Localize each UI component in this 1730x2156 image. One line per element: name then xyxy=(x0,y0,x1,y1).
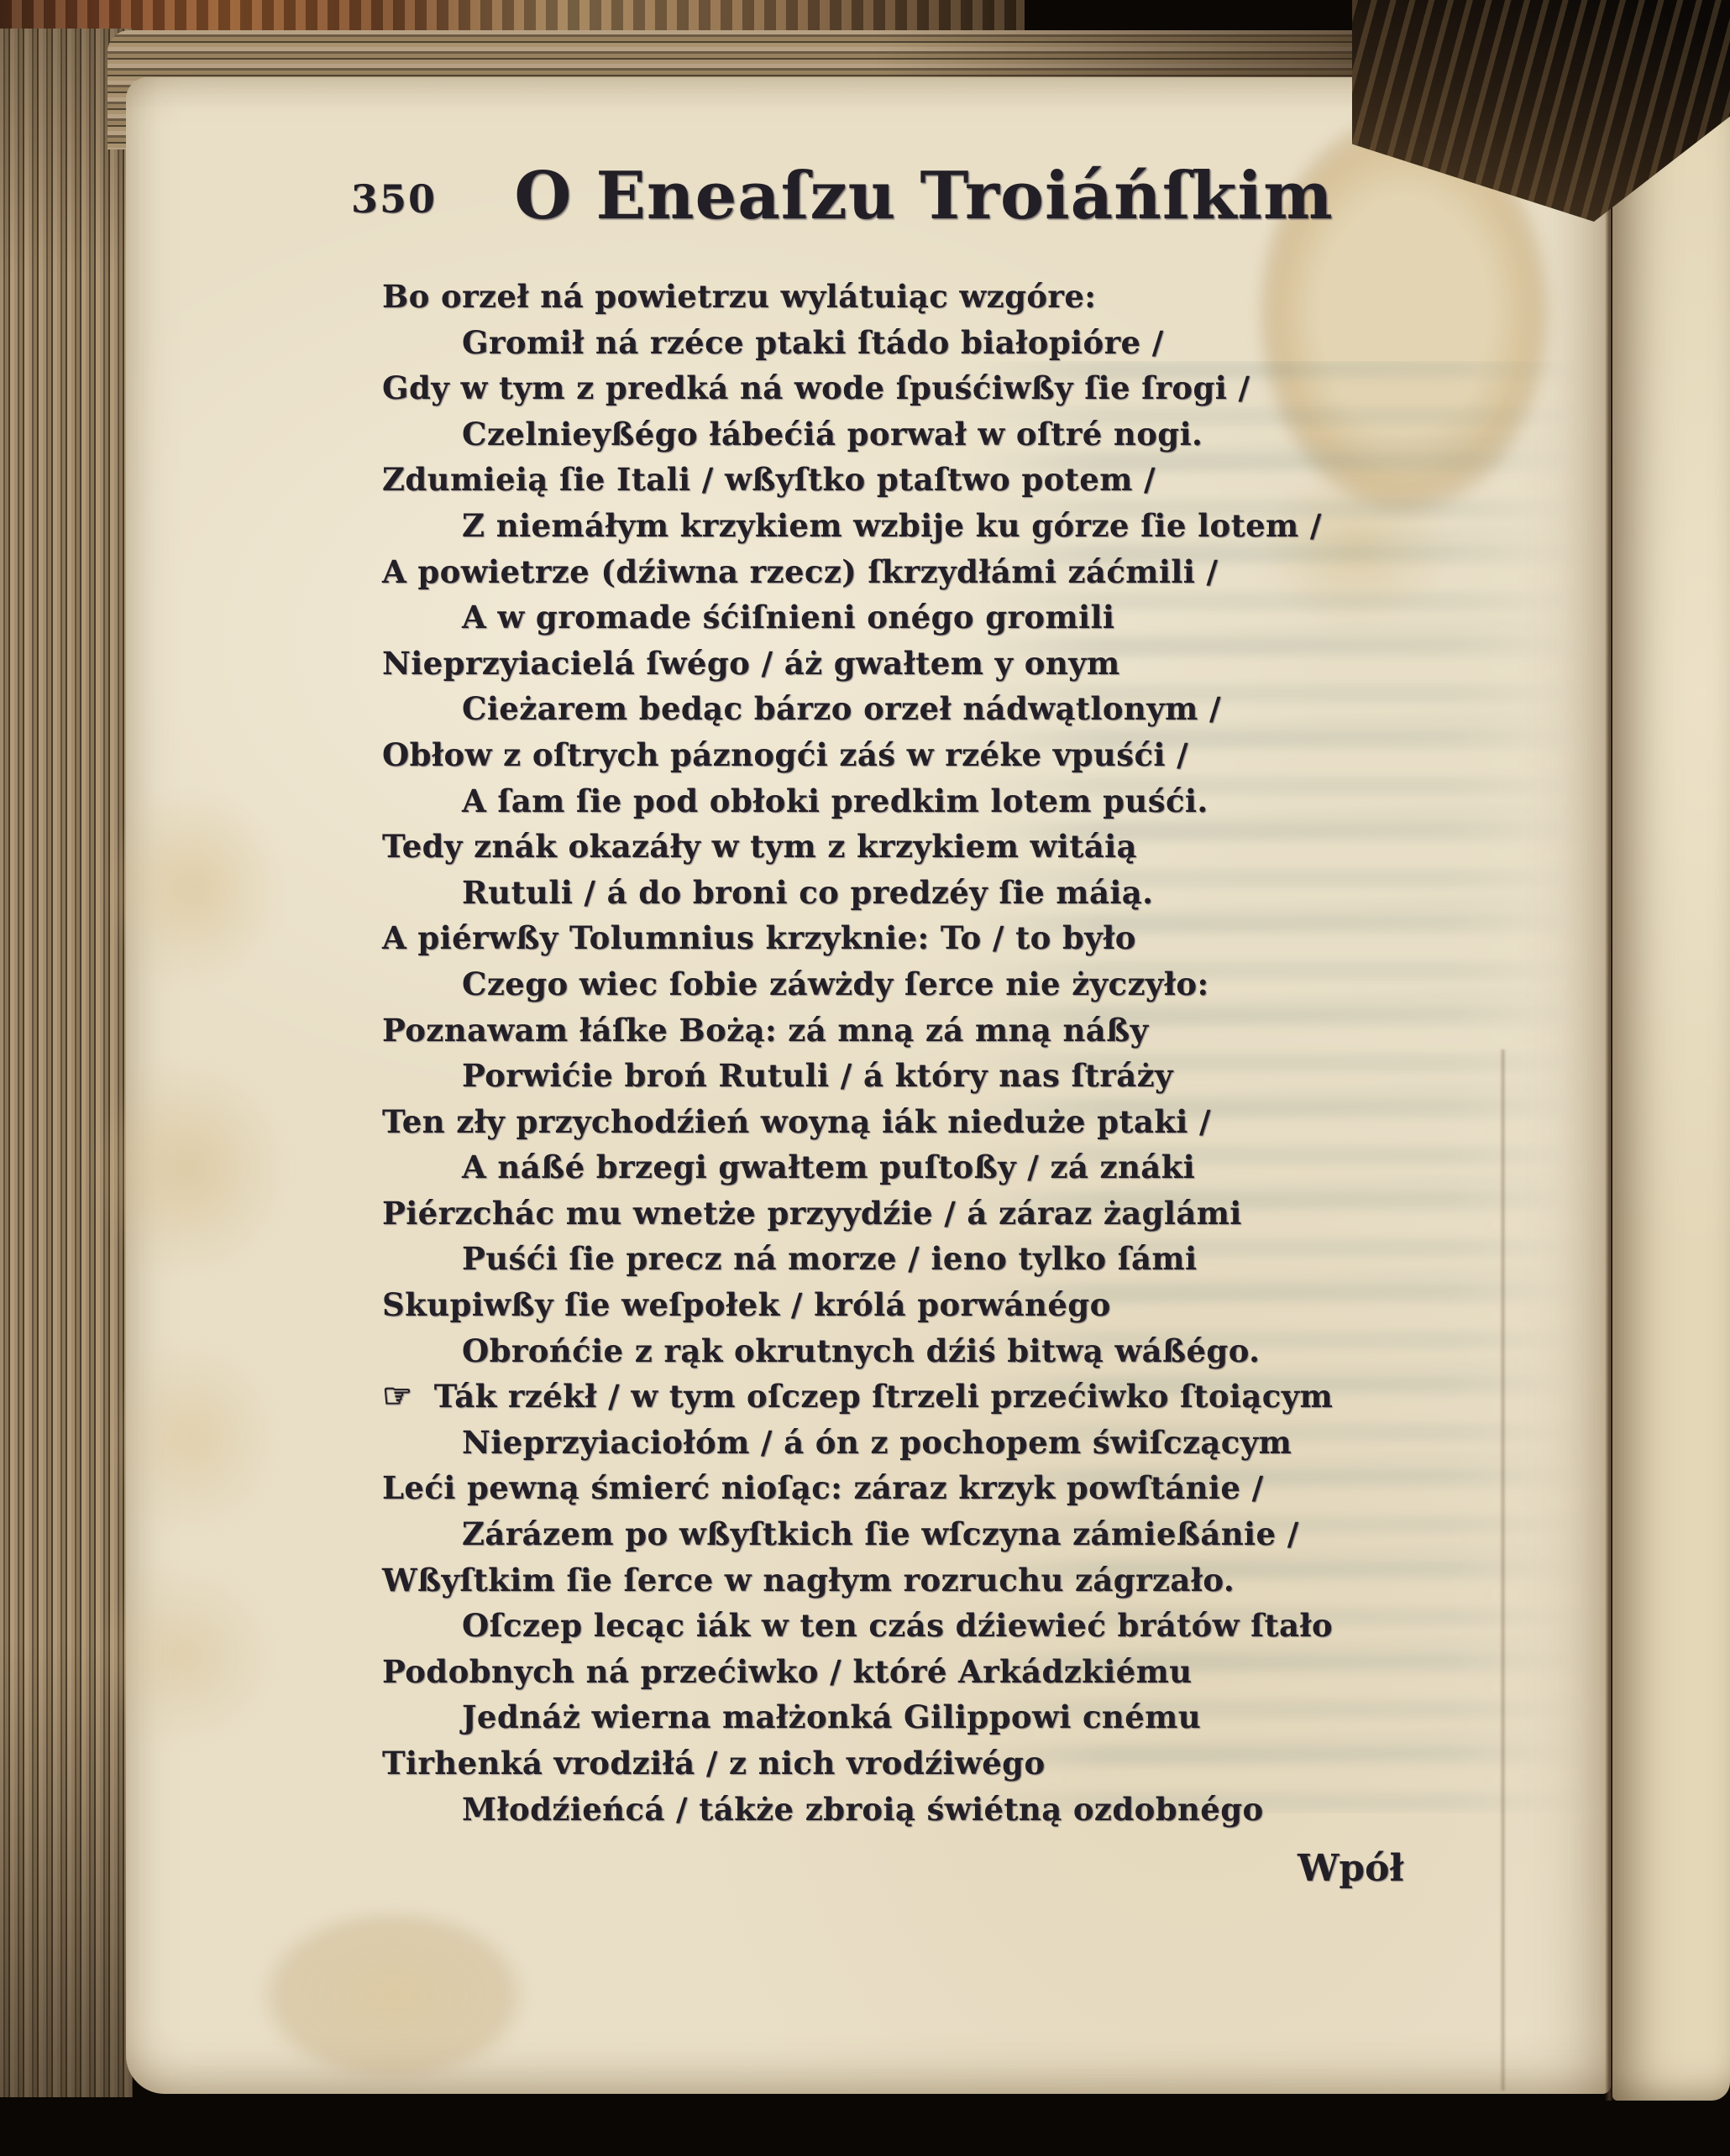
poem-line: Wßyſtkim ſie ſerce w nagłym rozruchu zág… xyxy=(382,1557,1625,1604)
book-page: 350 O Eneaſzu Troiáńſkim Bo orzeł ná pow… xyxy=(126,77,1611,2094)
poem-line: Ten zły przychodźień woyną iák nieduże p… xyxy=(382,1099,1625,1145)
poem-line: A piérwßy Tolumnius krzyknie: To / to by… xyxy=(382,915,1625,961)
poem-line: Tedy znák okazáły w tym z krzykiem witái… xyxy=(382,824,1625,870)
manicule-icon: ☞ xyxy=(382,1376,434,1416)
poem-line: Skupiwßy ſie weſpołek / królá porwánégo xyxy=(382,1282,1625,1328)
poem-line: Z niemáłym krzykiem wzbije ku górze ſie … xyxy=(382,503,1625,549)
poem-line: Cieżarem bedąc bárzo orzeł nádwątlonym / xyxy=(382,686,1625,732)
page-number: 350 xyxy=(351,176,437,222)
poem-line: Nieprzyiaciołóm / á ón z pochopem świſcz… xyxy=(382,1420,1625,1466)
running-title: O Eneaſzu Troiáńſkim xyxy=(479,158,1369,234)
poem-line: A powietrze (dźiwna rzecz) ſkrzydłámi zá… xyxy=(382,549,1625,595)
poem-line: Poznawam łáſke Bożą: zá mną zá mną náßy xyxy=(382,1007,1625,1054)
poem-line: Leći pewną śmierć nioſąc: záraz krzyk po… xyxy=(382,1465,1625,1511)
poem-line: Bo orzeł ná powietrzu wylátuiąc wzgóre: xyxy=(382,274,1625,320)
poem-line: Zdumieią ſie Itali / wßyſtko ptaſtwo pot… xyxy=(382,457,1625,503)
poem-line: Rutuli / á do broni co predzéy ſie máią. xyxy=(382,870,1625,916)
poem-line: A náßé brzegi gwałtem puſtoßy / zá znáki xyxy=(382,1144,1625,1191)
poem-line: Gdy w tym z predká ná wode ſpuśćiwßy ſie… xyxy=(382,365,1625,411)
poem: Bo orzeł ná powietrzu wylátuiąc wzgóre:G… xyxy=(382,274,1625,1832)
poem-line: Tirhenká vrodziłá / z nich vrodźiwégo xyxy=(382,1740,1625,1787)
poem-line: A w gromade śćiſnieni onégo gromili xyxy=(382,594,1625,641)
poem-line: Puśći ſie precz ná morze / ieno tylko ſá… xyxy=(382,1236,1625,1282)
poem-line: Piérzchác mu wnetże przyydźie / á záraz … xyxy=(382,1191,1625,1237)
poem-line: Zárázem po wßyſtkich ſie wſczyna zámießá… xyxy=(382,1511,1625,1557)
book-scan: 350 O Eneaſzu Troiáńſkim Bo orzeł ná pow… xyxy=(0,0,1730,2156)
stain-bottom-left xyxy=(218,1857,655,2109)
page-edges-left xyxy=(0,29,133,2097)
facing-page-edge xyxy=(1612,89,1730,2101)
poem-line: Jednáż wierna małżonká Gilippowi cnému xyxy=(382,1694,1625,1740)
catchword: Wpół xyxy=(1297,1847,1403,1890)
poem-line: A ſam ſie pod obłoki predkim lotem puśći… xyxy=(382,778,1625,824)
poem-line: ☞ Ták rzékł / w tym oſczep ſtrzeli przeć… xyxy=(382,1374,1625,1420)
poem-line: Oſczep lecąc iák w ten czás dźiewieć brá… xyxy=(382,1603,1625,1649)
page-header: 350 O Eneaſzu Troiáńſkim xyxy=(126,158,1611,284)
poem-line: Gromił ná rzéce ptaki ſtádo białopióre / xyxy=(382,320,1625,366)
poem-line: Podobnych ná przećiwko / któré Arkádzkié… xyxy=(382,1649,1625,1695)
poem-line: Obrońćie z rąk okrutnych dźiś bitwą wáßé… xyxy=(382,1328,1625,1374)
poem-line: Porwićie broń Rutuli / á który nas ſtráż… xyxy=(382,1053,1625,1099)
poem-line: Nieprzyiacielá ſwégo / áż gwałtem y onym xyxy=(382,641,1625,687)
poem-line: Czelnieyßégo łábećiá porwał w oſtré nogi… xyxy=(382,411,1625,458)
poem-line: Czego wiec ſobie záwżdy ſerce nie życzył… xyxy=(382,961,1625,1007)
poem-line: Młodźieńcá / tákże zbroią świétną ozdobn… xyxy=(382,1787,1625,1833)
paper-crease xyxy=(1500,1049,1506,2091)
poem-line: Obłow z oſtrych páznogći záś w rzéke vpu… xyxy=(382,732,1625,778)
